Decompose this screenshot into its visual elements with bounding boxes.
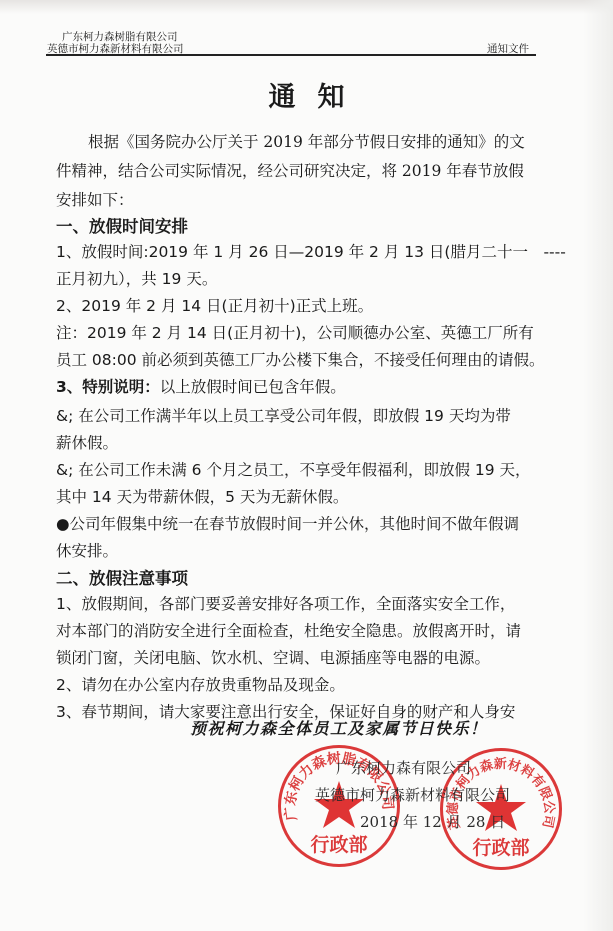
section-1-heading: 一、放假时间安排 [56,213,188,237]
s2-item-1-line-c: 锁闭门窗，关闭电脑、饮水机、空调、电源插座等电器的电源。 [56,646,490,668]
item-3: 3、特别说明：以上放假时间已包含年假。 [56,375,346,397]
section-2-heading: 二、放假注意事项 [56,565,188,589]
signature-company-1: 广东柯力森有限公司 [336,757,471,778]
bullet-1-line-b: 薪休假。 [56,431,118,453]
closing-greeting: 预祝柯力森全体员工及家属节日快乐！ [190,716,488,739]
item-3-label: 3、特别说明： [56,378,160,396]
page-title: 通知 [0,75,613,114]
seal-left-center-text: 行政部 [310,833,367,856]
intro-line-3: 安排如下： [56,188,134,210]
intro-line-2: 件精神，结合公司实际情况，经公司研究决定，将 2019 年春节放假 [56,159,524,181]
intro-line-1: 根据《国务院办公厅关于 2019 年部分节假日安排的通知》的文 [88,130,525,152]
signature-date: 2018 年 12 月 28 日 [360,811,505,832]
item-1-line-a: 1、放假时间:2019 年 1 月 26 日—2019 年 2 月 13 日(腊… [56,240,566,262]
s2-item-1-line-b: 对本部门的消防安全进行全面检查，杜绝安全隐患。放假离开时，请 [56,619,521,641]
scan-shadow-top [0,0,613,14]
bullet-3-line-a: ●公司年假集中统一在春节放假时间一并公休，其他时间不做年假调 [56,512,519,534]
scan-shadow-right [583,0,613,931]
note-line-a: 注：2019 年 2 月 14 日(正月初十)，公司顺德办公室、英德工厂所有 [56,321,534,343]
s2-item-2: 2、请勿在办公室内存放贵重物品及现金。 [56,673,345,695]
seal-right-center-text: 行政部 [472,836,529,859]
item-3-text: 以上放假时间已包含年假。 [160,378,346,396]
s2-item-1-line-a: 1、放假期间，各部门要妥善安排好各项工作，全面落实安全工作， [56,592,515,614]
item-2: 2、2019 年 2 月 14 日(正月初十)正式上班。 [56,294,373,316]
bullet-3-line-b: 休安排。 [56,539,118,561]
item-1-line-b: 正月初九），共 19 天。 [56,267,217,289]
bullet-1-line-a: &; 在公司工作满半年以上员工享受公司年假，即放假 19 天均为带 [56,404,511,426]
bullet-2-line-b: 其中 14 天为带薪休假，5 天为无薪休假。 [56,485,348,507]
header-divider [46,54,536,56]
signature-company-2: 英德市柯力森新材料有限公司 [315,784,510,805]
note-line-b: 员工 08:00 前必须到英德工厂办公楼下集合，不接受任何理由的请假。 [56,348,545,370]
bullet-2-line-a: &; 在公司工作未满 6 个月之员工，不享受年假福利，即放假 19 天， [56,458,531,480]
